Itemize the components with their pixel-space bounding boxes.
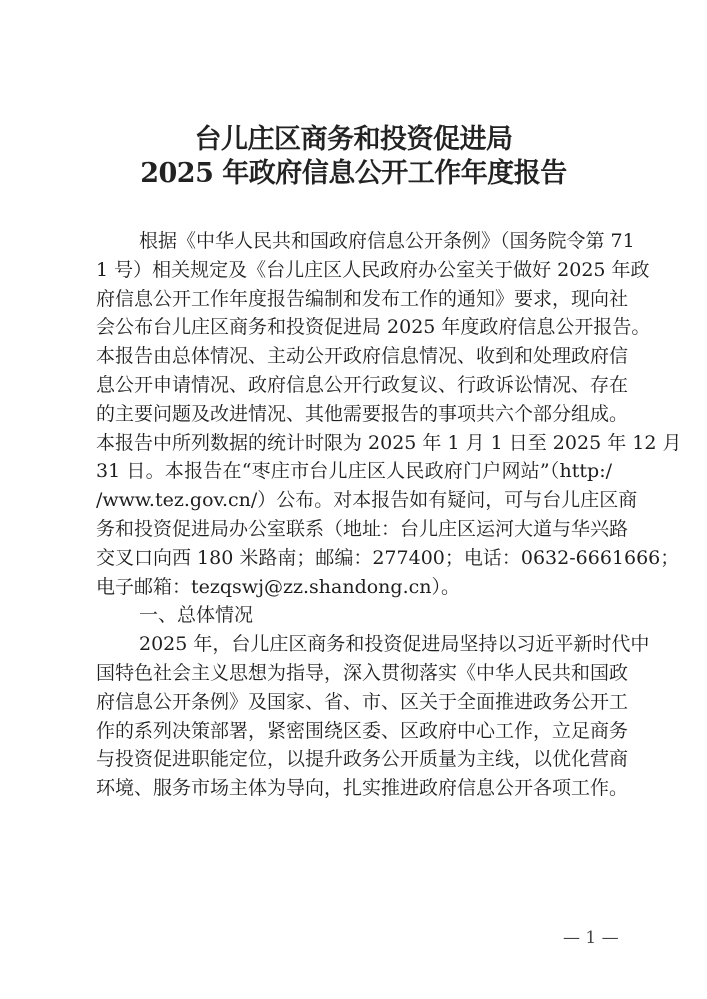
page-number: — 1 — [563, 928, 619, 948]
section1-line: 作的系列决策部署，紧密围绕区委、区政府中心工作，立足商务 [96, 717, 612, 746]
document-body: 根据《中华人民共和国政府信息公开条例》（国务院令第 71 1 号）相关规定及《台… [96, 227, 616, 803]
intro-line: 的主要问题及改进情况、其他需要报告的事项共六个部分组成。 [96, 400, 612, 429]
section1-line: 2025 年，台儿庄区商务和投资促进局坚持以习近平新时代中 [96, 630, 612, 659]
intro-line: 息公开申请情况、政府信息公开行政复议、行政诉讼情况、存在 [96, 371, 612, 400]
document-title-line2: 2025 年政府信息公开工作年度报告 [0, 151, 707, 190]
intro-line: /www.tez.gov.cn/）公布。对本报告如有疑问，可与台儿庄区商 [96, 486, 612, 515]
intro-line: 1 号）相关规定及《台儿庄区人民政府办公室关于做好 2025 年政 [96, 256, 612, 285]
section1-line: 国特色社会主义思想为指导，深入贯彻落实《中华人民共和国政 [96, 659, 612, 688]
intro-line: 务和投资促进局办公室联系（地址：台儿庄区运河大道与华兴路 [96, 515, 612, 544]
intro-line: 交叉口向西 180 米路南；邮编：277400；电话：0632-6661666； [96, 544, 612, 573]
section1-line: 与投资促进职能定位，以提升政务公开质量为主线，以优化营商 [96, 745, 612, 774]
intro-line: 会公布台儿庄区商务和投资促进局 2025 年度政府信息公开报告。 [96, 313, 612, 342]
section1-line: 府信息公开条例》及国家、省、市、区关于全面推进政务公开工 [96, 688, 612, 717]
intro-line: 根据《中华人民共和国政府信息公开条例》（国务院令第 71 [96, 227, 612, 256]
intro-line: 电子邮箱：tezqswj@zz.shandong.cn）。 [96, 573, 612, 602]
intro-line: 本报告中所列数据的统计时限为 2025 年 1 月 1 日至 2025 年 12… [96, 429, 612, 458]
intro-line: 本报告由总体情况、主动公开政府信息情况、收到和处理政府信 [96, 342, 612, 371]
intro-line: 31 日。本报告在“枣庄市台儿庄区人民政府门户网站”（http:/ [96, 457, 612, 486]
section-heading-overview: 一、总体情况 [96, 601, 616, 630]
intro-line: 府信息公开工作年度报告编制和发布工作的通知》要求，现向社 [96, 285, 612, 314]
section1-line: 环境、服务市场主体为导向，扎实推进政府信息公开各项工作。 [96, 774, 612, 803]
